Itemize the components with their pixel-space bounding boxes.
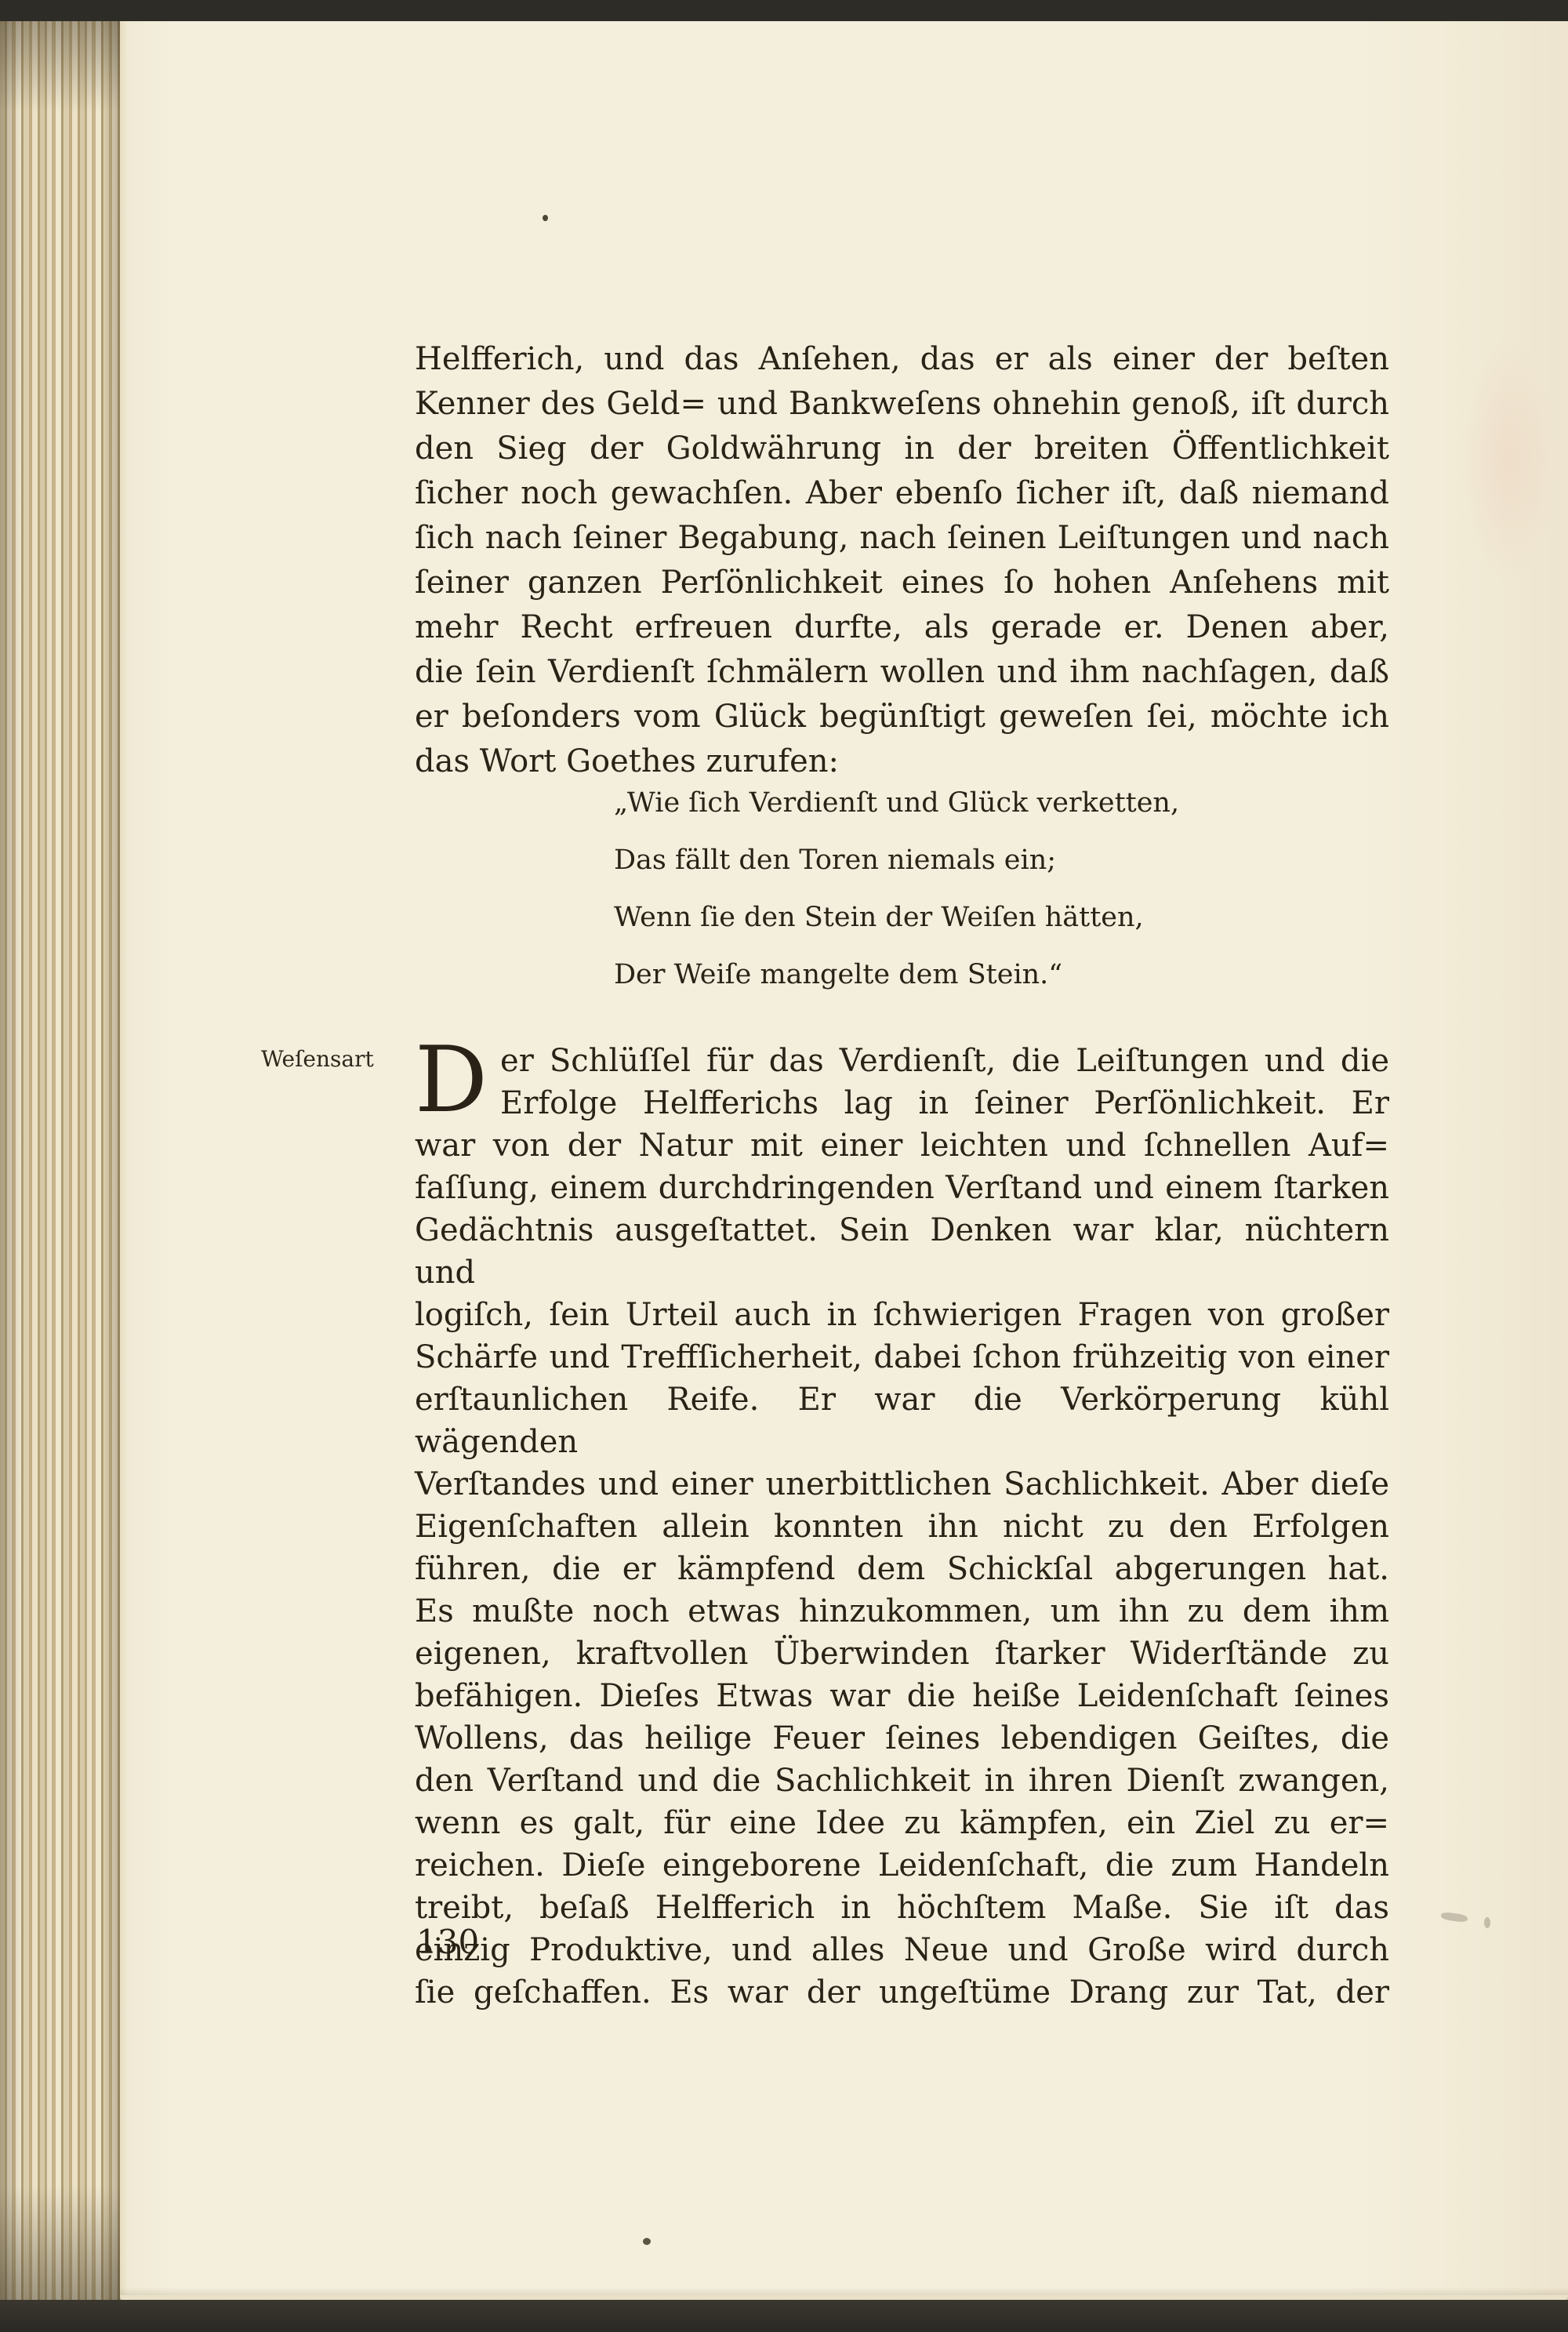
text-line: ſicher noch gewachſen. Aber ebenſo ſiche… (415, 471, 1389, 516)
poem-line: „Wie ſich Verdienſt und Glück verketten, (614, 775, 1179, 832)
text-line: erſtaunlichen Reife. Er war die Verkörpe… (415, 1378, 1389, 1463)
text-line: faſſung, einem durchdringenden Verſtand … (415, 1167, 1389, 1209)
book-page-edges (0, 21, 120, 2300)
text-line: Gedächtnis ausgeſtattet. Sein Denken war… (415, 1209, 1389, 1294)
scan-smudge (1484, 1917, 1490, 1928)
drop-cap-letter: D (415, 1041, 488, 1123)
text-line: er beſonders vom Glück begünſtigt geweſe… (415, 695, 1389, 739)
poem-line: Das fällt den Toren niemals ein; (614, 832, 1179, 889)
text-line: reichen. Dieſe eingeborene Leidenſchaft,… (415, 1844, 1389, 1887)
text-line: mehr Recht erfreuen durfte, als gerade e… (415, 605, 1389, 650)
text-line: die ſein Verdienſt ſchmälern wollen und … (415, 650, 1389, 695)
text-line: befähigen. Dieſes Etwas war die heiße Le… (415, 1675, 1389, 1717)
scan-background-bottom (0, 2300, 1568, 2332)
text-line: eigenen, kraftvollen Überwinden ſtarker … (415, 1633, 1389, 1675)
page-number: 130 (416, 1923, 479, 1961)
text-line: einzig Produktive, und alles Neue und Gr… (415, 1929, 1389, 1971)
text-line: er Schlüſſel für das Verdienſt, die Leiſ… (415, 1040, 1389, 1082)
text-line: Wollens, das heilige Feuer ſeines lebend… (415, 1717, 1389, 1760)
margin-note: Weſensart (261, 1046, 402, 1073)
text-line: war von der Natur mit einer leichten und… (415, 1124, 1389, 1167)
scanned-book-page: { "page": { "number": "130", "margin_not… (0, 0, 1568, 2332)
text-line: führen, die er kämpfend dem Schickſal ab… (415, 1548, 1389, 1590)
text-line: logiſch, ſein Urteil auch in ſchwierigen… (415, 1294, 1389, 1336)
text-line: wenn es galt, für eine Idee zu kämpfen, … (415, 1802, 1389, 1844)
scan-background-top (0, 0, 1568, 21)
paragraph-1: Helfferich, und das Anſehen, das er als … (415, 337, 1389, 784)
text-line: Erfolge Helfferichs lag in ſeiner Perſön… (415, 1082, 1389, 1124)
text-line: ſie geſchaffen. Es war der ungeſtüme Dra… (415, 1971, 1389, 2014)
paragraph-2-lines: er Schlüſſel für das Verdienſt, die Leiſ… (415, 1040, 1389, 2014)
poem-line: Der Weiſe mangelte dem Stein.“ (614, 946, 1179, 1004)
text-line: ſeiner ganzen Perſönlichkeit eines ſo ho… (415, 561, 1389, 605)
text-line: den Sieg der Goldwährung in der breiten … (415, 427, 1389, 471)
text-line: Kenner des Geld= und Bankweſens ohnehin … (415, 382, 1389, 427)
text-line: Eigenſchaften allein konnten ihn nicht z… (415, 1506, 1389, 1548)
text-line: treibt, beſaß Helfferich in höchſtem Maß… (415, 1887, 1389, 1929)
poem-line: Wenn ſie den Stein der Weiſen hätten, (614, 889, 1179, 946)
text-line: Verſtandes und einer unerbittlichen Sach… (415, 1463, 1389, 1506)
text-line: Helfferich, und das Anſehen, das er als … (415, 337, 1389, 382)
text-line: Schärfe und Treffſicherheit, dabei ſchon… (415, 1336, 1389, 1378)
text-line: Es mußte noch etwas hinzukommen, um ihn … (415, 1590, 1389, 1633)
goethe-quote: „Wie ſich Verdienſt und Glück verketten,… (614, 775, 1179, 1004)
text-line: ſich nach ſeiner Begabung, nach ſeinen L… (415, 516, 1389, 561)
text-line: den Verſtand und die Sachlichkeit in ihr… (415, 1760, 1389, 1802)
scan-speck (543, 215, 548, 221)
paragraph-2: D er Schlüſſel für das Verdienſt, die Le… (415, 1040, 1389, 2014)
scan-speck (643, 2238, 651, 2245)
